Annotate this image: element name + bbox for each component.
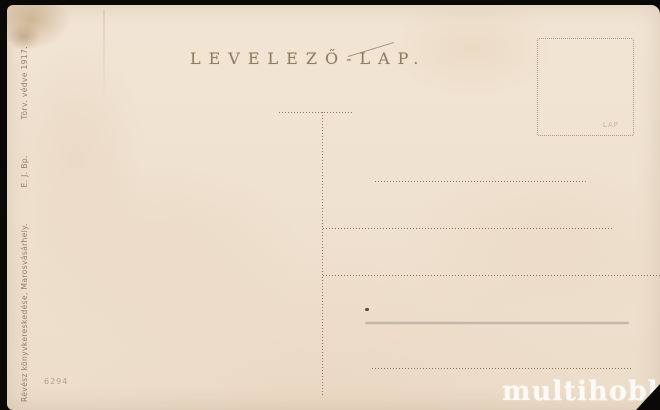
address-line-5 <box>372 368 632 369</box>
address-line-1 <box>375 181 587 182</box>
divider-top-bar <box>279 112 353 113</box>
serial-number: 6294 <box>44 377 68 386</box>
stamp-box: LAP <box>537 38 634 136</box>
publisher-name: Révész könyvkereskedése, Marosvásárhely. <box>20 223 29 402</box>
imprint-rights: Törv. védve 1917. <box>20 46 29 119</box>
scan-background: LEVELEZŐ-LAP. LAP Révész könyvkereskedés… <box>0 0 660 410</box>
address-line-4-smudged <box>365 322 629 324</box>
publisher-imprint: Révész könyvkereskedése, Marosvásárhely.… <box>18 46 30 402</box>
imprint-maker: E. J. Bp. <box>20 155 29 187</box>
address-line-2 <box>323 228 614 229</box>
paper-crease <box>103 10 105 105</box>
postcard-title: LEVELEZŐ-LAP. <box>190 49 470 68</box>
stamp-box-mark: LAP <box>603 121 619 129</box>
watermark-text: multihobby <box>502 377 660 407</box>
address-line-3 <box>323 275 660 276</box>
postcard-back: LEVELEZŐ-LAP. LAP Révész könyvkereskedés… <box>7 5 660 410</box>
ink-speck <box>365 308 369 311</box>
divider-vertical-line <box>322 112 323 395</box>
